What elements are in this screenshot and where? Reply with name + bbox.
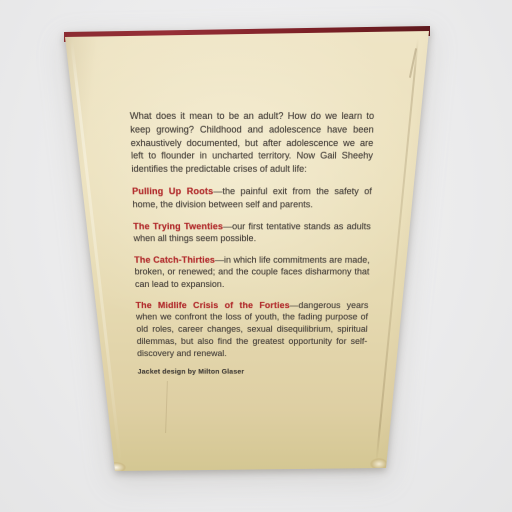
section-heading: Pulling Up Roots (132, 187, 213, 197)
section-catch-thirties: The Catch-Thirties—in which life commitm… (134, 254, 370, 291)
product-photo: What does it mean to be an adult? How do… (0, 0, 512, 512)
intro-paragraph: What does it mean to be an adult? How do… (130, 110, 375, 176)
section-heading: The Midlife Crisis of the Forties (135, 300, 289, 310)
jacket-design-credit: Jacket design by Milton Glaser (138, 367, 367, 376)
jacket-right-fold-line (375, 38, 419, 462)
section-trying-twenties: The Trying Twenties—our first tentative … (133, 220, 371, 245)
book-back-cover: What does it mean to be an adult? How do… (58, 24, 434, 476)
corner-wear-bottom-left (106, 462, 126, 473)
corner-wear-bottom-right (370, 458, 388, 470)
jacket-crease (165, 381, 168, 433)
section-midlife-crisis: The Midlife Crisis of the Forties—danger… (135, 299, 368, 359)
section-pulling-up-roots: Pulling Up Roots—the painful exit from t… (132, 186, 372, 212)
section-heading: The Trying Twenties (133, 221, 223, 231)
back-cover-text: What does it mean to be an adult? How do… (130, 110, 375, 385)
section-heading: The Catch-Thirties (134, 255, 215, 265)
jacket-left-fold-highlight (70, 40, 122, 466)
book: What does it mean to be an adult? How do… (0, 0, 512, 512)
